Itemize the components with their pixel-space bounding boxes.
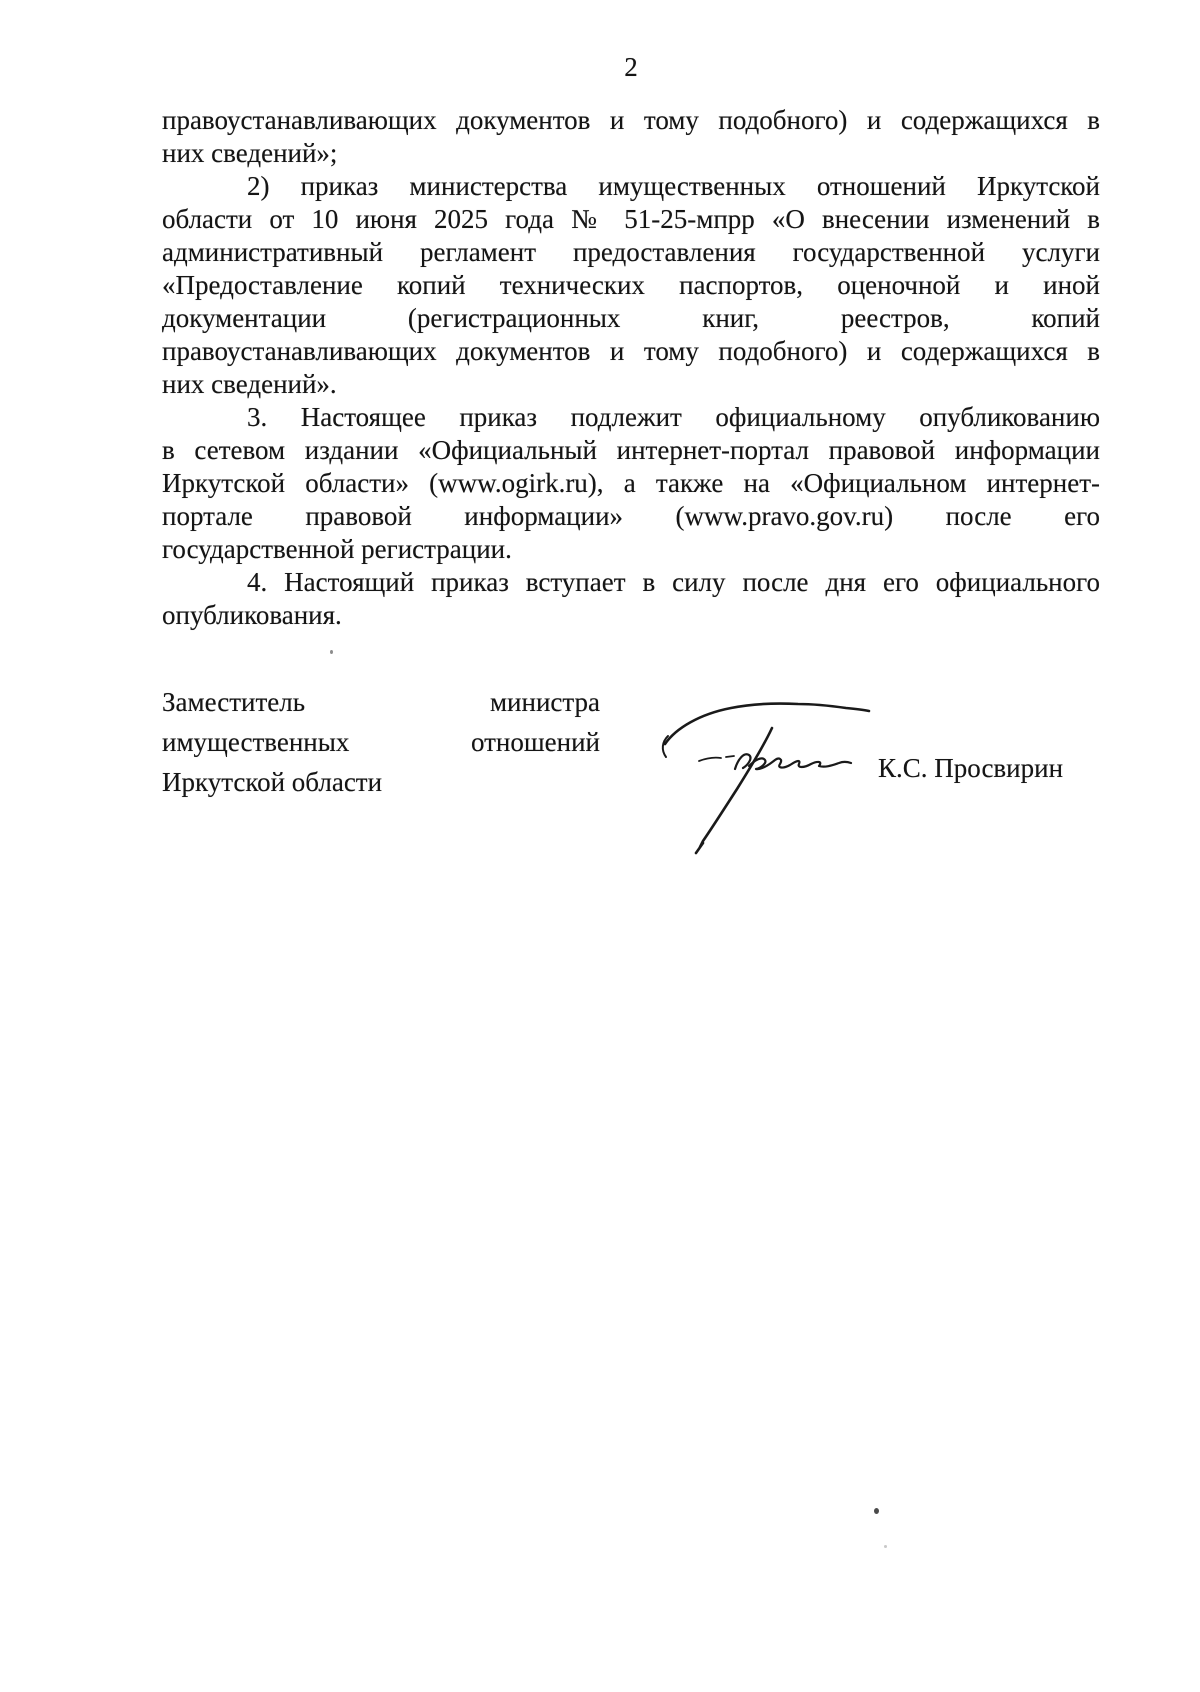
body-text: правоустанавливающих документов и тому п… <box>162 104 1100 632</box>
text-line: правоустанавливающих документов и тому п… <box>162 335 1100 368</box>
signature-ink <box>663 703 869 853</box>
page-number: 2 <box>162 52 1100 83</box>
text-line: правоустанавливающих документов и тому п… <box>162 104 1100 137</box>
text-line: 2) приказ министерства имущественных отн… <box>162 170 1100 203</box>
text-line: опубликования. <box>162 599 1100 632</box>
paragraph: правоустанавливающих документов и тому п… <box>162 104 1100 170</box>
document-page: 2 правоустанавливающих документов и тому… <box>0 0 1200 1692</box>
text-line: 3. Настоящее приказ подлежит официальном… <box>162 401 1100 434</box>
text-line: них сведений». <box>162 368 1100 401</box>
signature-post-line: Заместитель министра <box>162 682 600 722</box>
signature-name: К.С. Просвирин <box>878 752 1063 785</box>
scan-speck <box>330 650 333 654</box>
signature-post: Заместитель министра имущественных отнош… <box>162 682 600 802</box>
scan-speck <box>884 1545 887 1548</box>
signature-post-line: Иркутской области <box>162 762 600 802</box>
text-line: области от 10 июня 2025 года № 51-25-мпр… <box>162 203 1100 236</box>
text-line: портале правовой информации» (www.pravo.… <box>162 500 1100 533</box>
text-line: документации (регистрационных книг, реес… <box>162 302 1100 335</box>
paragraph: 4. Настоящий приказ вступает в силу посл… <box>162 566 1100 632</box>
text-line: 4. Настоящий приказ вступает в силу посл… <box>162 566 1100 599</box>
text-line: государственной регистрации. <box>162 533 1100 566</box>
text-line: Иркутской области» (www.ogirk.ru), а так… <box>162 467 1100 500</box>
text-line: «Предоставление копий технических паспор… <box>162 269 1100 302</box>
text-line: них сведений»; <box>162 137 1100 170</box>
text-line: административный регламент предоставлени… <box>162 236 1100 269</box>
signature-post-line: имущественных отношений <box>162 722 600 762</box>
scan-speck <box>874 1508 879 1514</box>
text-line: в сетевом издании «Официальный интернет-… <box>162 434 1100 467</box>
paragraph: 3. Настоящее приказ подлежит официальном… <box>162 401 1100 566</box>
paragraph: 2) приказ министерства имущественных отн… <box>162 170 1100 401</box>
